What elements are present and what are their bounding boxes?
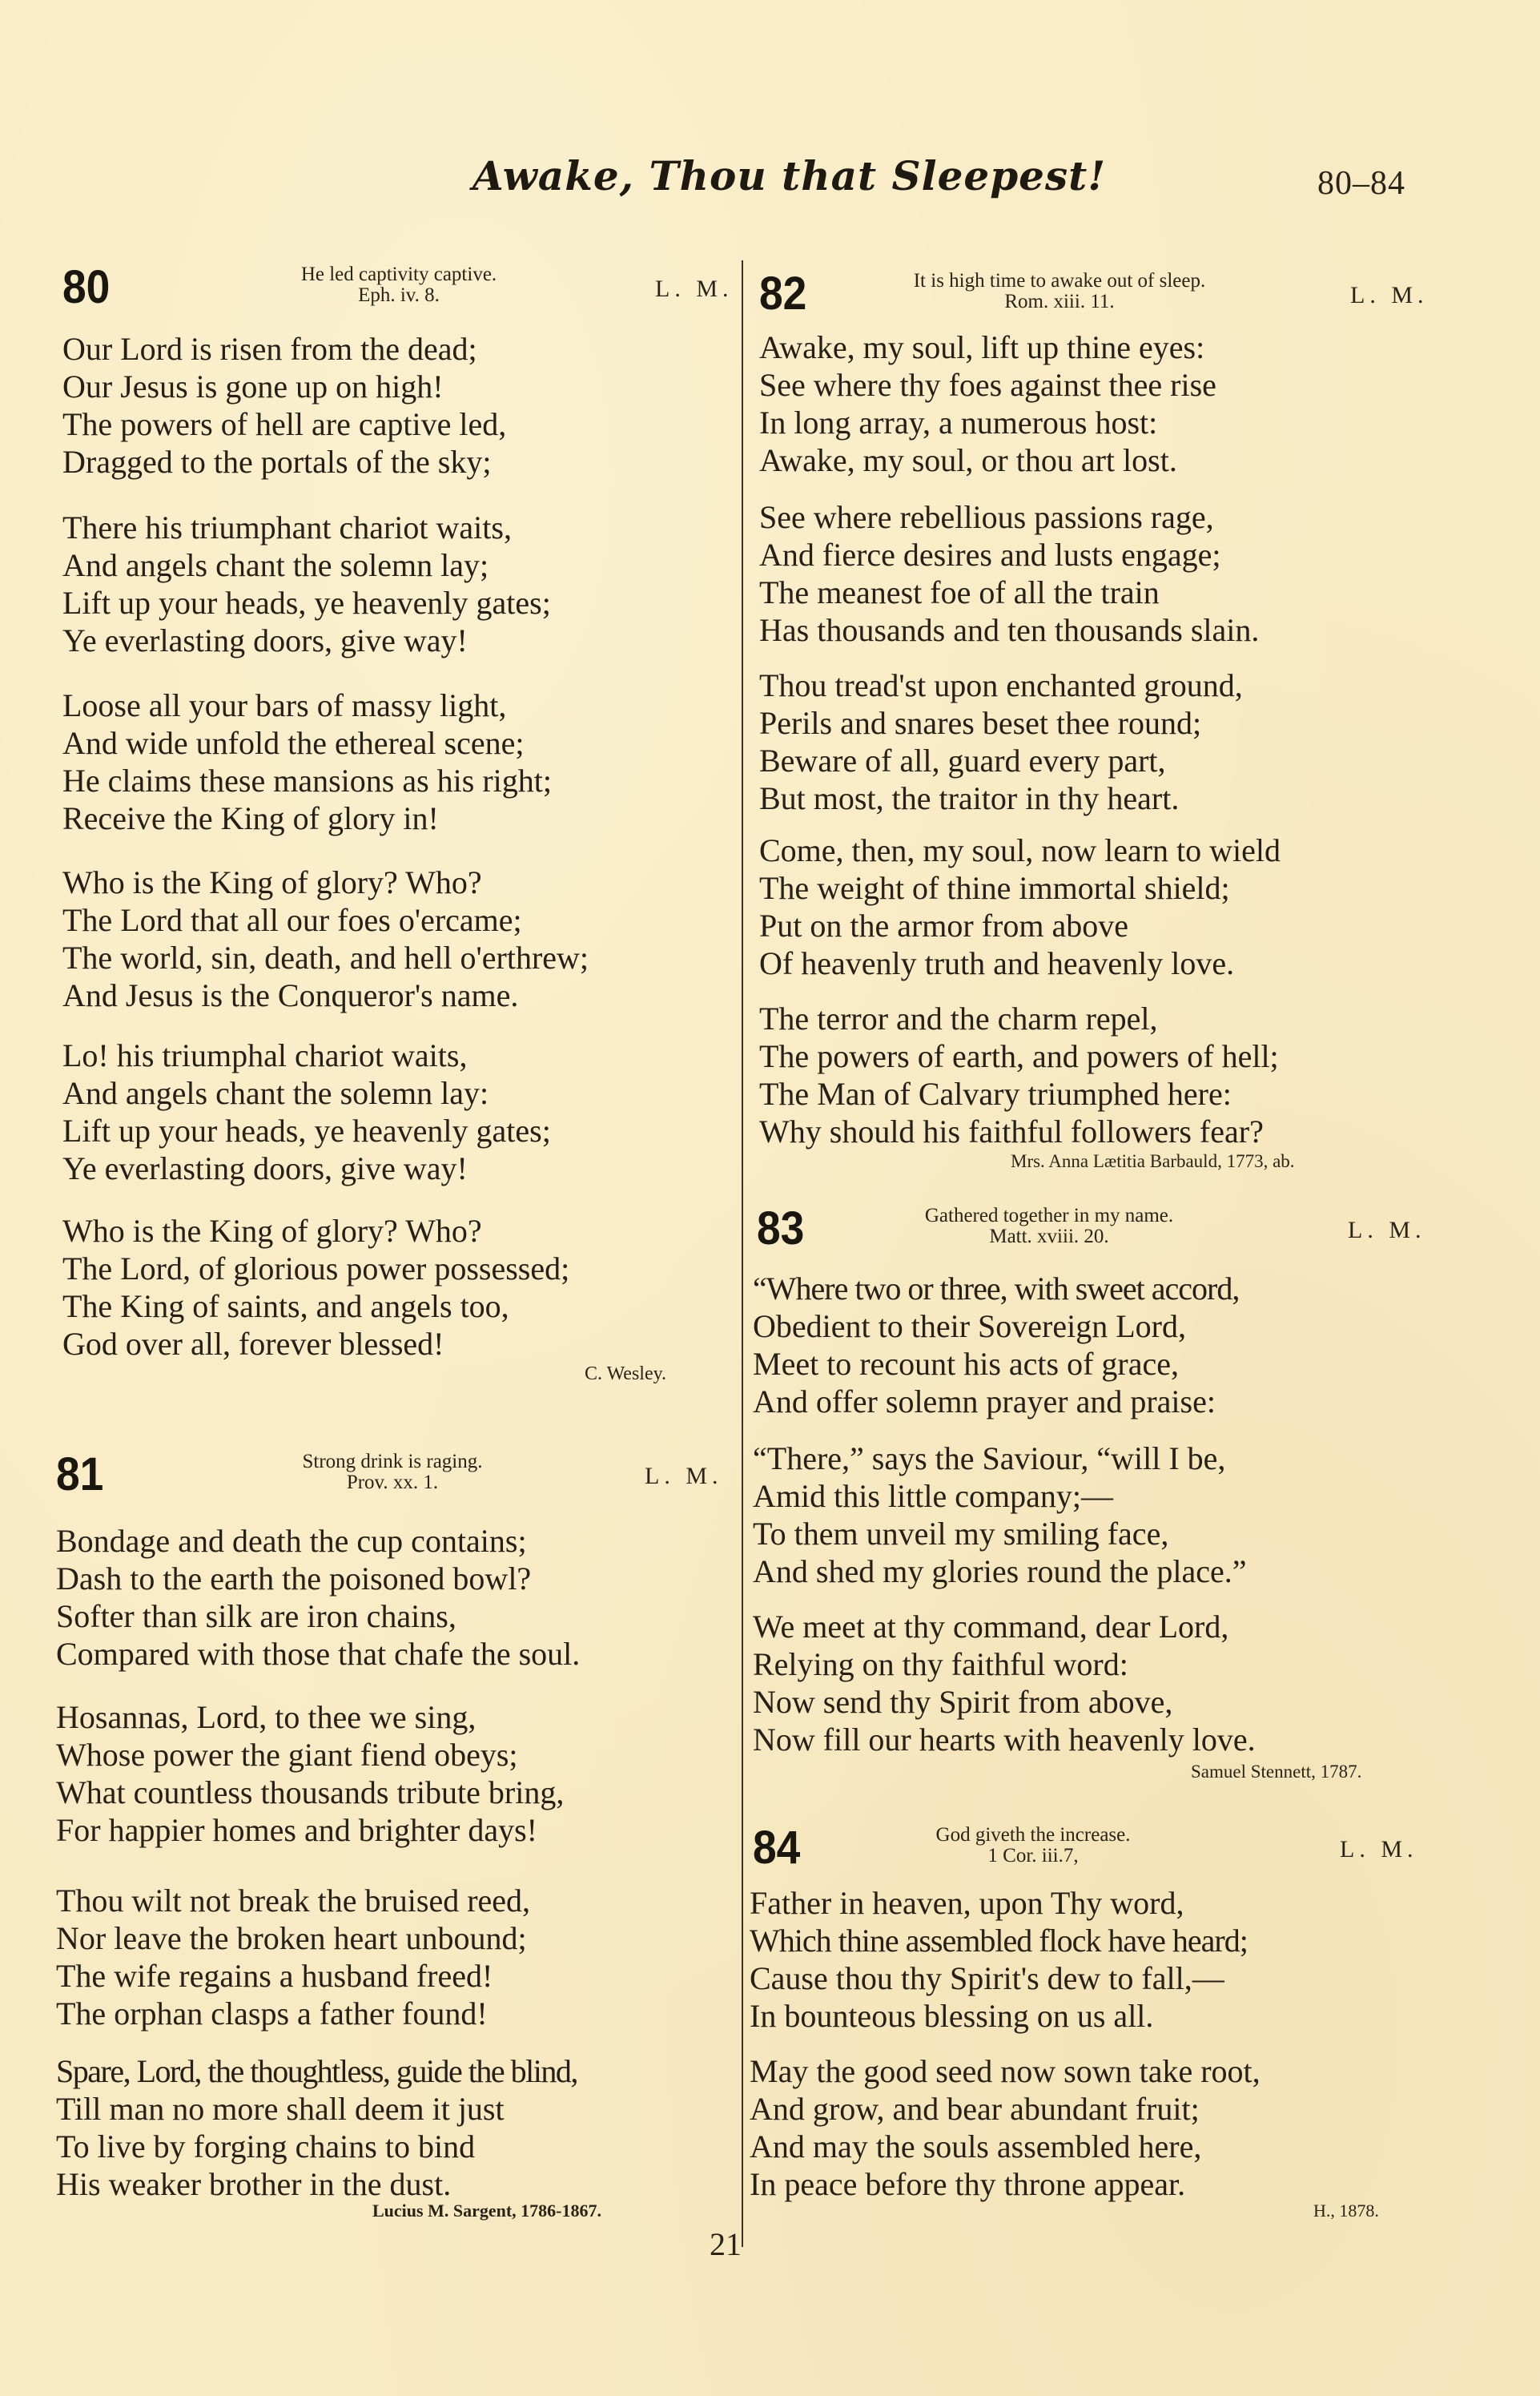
- verse-line: Meet to recount his acts of grace,: [753, 1345, 1239, 1383]
- scripture-reference: Eph. iv. 8.: [223, 285, 575, 306]
- stanza: Spare, Lord, the thoughtless, guide the …: [56, 2052, 577, 2203]
- verse-line: Come, then, my soul, now learn to wield: [759, 832, 1281, 869]
- verse-line: “Where two or three, with sweet accord,: [753, 1270, 1239, 1307]
- verse-line: Dash to the earth the poisoned bowl?: [56, 1560, 580, 1597]
- stanza: Who is the King of glory? Who? The Lord …: [62, 864, 589, 1014]
- page-number: 21: [710, 2225, 742, 2263]
- verse-line: In bounteous blessing on us all.: [750, 1997, 1248, 2035]
- column-divider: [742, 260, 743, 2247]
- hymn-author: Lucius M. Sargent, 1786-1867.: [372, 2201, 601, 2221]
- verse-line: Dragged to the portals of the sky;: [62, 443, 506, 481]
- verse-line: Now fill our hearts with heavenly love.: [753, 1721, 1256, 1758]
- verse-line: And angels chant the solemn lay;: [62, 546, 551, 584]
- verse-line: Compared with those that chafe the soul.: [56, 1635, 580, 1673]
- hymn-author: Mrs. Anna Lætitia Barbauld, 1773, ab.: [1011, 1151, 1295, 1172]
- verse-line: Ye everlasting doors, give way!: [62, 622, 551, 659]
- verse-line: Who is the King of glory? Who?: [62, 1212, 569, 1250]
- verse-line: The King of saints, and angels too,: [62, 1287, 569, 1325]
- verse-line: Thou wilt not break the bruised reed,: [56, 1882, 530, 1919]
- verse-line: Bondage and death the cup contains;: [56, 1522, 580, 1560]
- theme-text: It is high time to awake out of sleep.: [867, 271, 1252, 292]
- hymn-83-header: 83 Gathered together in my name. Matt. x…: [757, 1206, 1429, 1262]
- stanza: See where rebellious passions rage, And …: [759, 498, 1259, 649]
- verse-line: Put on the armor from above: [759, 907, 1281, 944]
- verse-line: May the good seed now sown take root,: [750, 2052, 1261, 2090]
- verse-line: What countless thousands tribute bring,: [56, 1774, 564, 1811]
- stanza: Thou tread'st upon enchanted ground, Per…: [759, 666, 1243, 817]
- hymn-theme: He led captivity captive. Eph. iv. 8.: [223, 264, 575, 306]
- verse-line: And offer solemn prayer and praise:: [753, 1383, 1239, 1420]
- hymn-theme: God giveth the increase. 1 Cor. iii.7,: [873, 1825, 1193, 1866]
- verse-line: The meanest foe of all the train: [759, 574, 1259, 611]
- hymn-number: 83: [757, 1206, 804, 1252]
- verse-line: And wide unfold the ethereal scene;: [62, 724, 552, 762]
- verse-line: The weight of thine immortal shield;: [759, 869, 1281, 907]
- stanza: Loose all your bars of massy light, And …: [62, 687, 552, 837]
- hymn-84-header: 84 God giveth the increase. 1 Cor. iii.7…: [753, 1825, 1429, 1881]
- stanza: Who is the King of glory? Who? The Lord,…: [62, 1212, 569, 1363]
- verse-line: The world, sin, death, and hell o'erthre…: [62, 939, 589, 977]
- verse-line: Loose all your bars of massy light,: [62, 687, 552, 724]
- stanza: Lo! his triumphal chariot waits, And ang…: [62, 1037, 551, 1187]
- verse-line: Amid this little company;—: [753, 1477, 1247, 1515]
- verse-line: And fierce desires and lusts engage;: [759, 536, 1259, 574]
- verse-line: In long array, a numerous host:: [759, 404, 1216, 441]
- hymn-meter: L. M.: [1348, 1217, 1426, 1244]
- verse-line: Till man no more shall deem it just: [56, 2090, 577, 2128]
- hymn-theme: It is high time to awake out of sleep. R…: [867, 271, 1252, 312]
- hymn-meter: L. M.: [1350, 282, 1429, 309]
- verse-line: The Lord that all our foes o'ercame;: [62, 901, 589, 939]
- hymn-author: Samuel Stennett, 1787.: [1191, 1762, 1361, 1782]
- verse-line: And shed my glories round the place.”: [753, 1552, 1247, 1590]
- verse-line: Why should his faithful followers fear?: [759, 1113, 1279, 1150]
- verse-line: Lo! his triumphal chariot waits,: [62, 1037, 551, 1074]
- theme-text: Gathered together in my name.: [877, 1206, 1221, 1226]
- verse-line: The powers of earth, and powers of hell;: [759, 1037, 1279, 1075]
- theme-text: God giveth the increase.: [873, 1825, 1193, 1846]
- stanza: Hosannas, Lord, to thee we sing, Whose p…: [56, 1698, 564, 1849]
- hymn-meter: L. M.: [645, 1463, 723, 1490]
- hymn-80-header: 80 He led captivity captive. Eph. iv. 8.…: [62, 264, 735, 320]
- verse-line: The terror and the charm repel,: [759, 1000, 1279, 1037]
- hymn-81-header: 81 Strong drink is raging. Prov. xx. 1. …: [56, 1452, 737, 1508]
- stanza: “There,” says the Saviour, “will I be, A…: [753, 1440, 1247, 1590]
- verse-line: Ye everlasting doors, give way!: [62, 1150, 551, 1187]
- stanza: We meet at thy command, dear Lord, Relyi…: [753, 1608, 1256, 1758]
- verse-line: The wife regains a husband freed!: [56, 1957, 530, 1995]
- hymn-82-header: 82 It is high time to awake out of sleep…: [759, 271, 1432, 327]
- verse-line: And may the souls assembled here,: [750, 2128, 1261, 2165]
- verse-line: In peace before thy throne appear.: [750, 2165, 1261, 2203]
- stanza: The terror and the charm repel, The powe…: [759, 1000, 1279, 1150]
- running-head: Awake, Thou that Sleepest!: [472, 152, 1106, 199]
- stanza: Father in heaven, upon Thy word, Which t…: [750, 1884, 1248, 2035]
- verse-line: Thou tread'st upon enchanted ground,: [759, 666, 1243, 704]
- verse-line: Awake, my soul, or thou art lost.: [759, 441, 1216, 479]
- verse-line: He claims these mansions as his right;: [62, 762, 552, 799]
- stanza: Our Lord is risen from the dead; Our Jes…: [62, 330, 506, 481]
- verse-line: Of heavenly truth and heavenly love.: [759, 944, 1281, 982]
- verse-line: Beware of all, guard every part,: [759, 742, 1243, 779]
- hymn-theme: Strong drink is raging. Prov. xx. 1.: [216, 1452, 569, 1493]
- verse-line: And angels chant the solemn lay:: [62, 1074, 551, 1112]
- hymn-meter: L. M.: [655, 276, 734, 303]
- verse-line: See where thy foes against thee rise: [759, 366, 1216, 404]
- hymn-number: 82: [759, 271, 806, 317]
- verse-line: Awake, my soul, lift up thine eyes:: [759, 328, 1216, 366]
- verse-line: To live by forging chains to bind: [56, 2128, 577, 2165]
- verse-line: His weaker brother in the dust.: [56, 2165, 577, 2203]
- verse-line: Now send thy Spirit from above,: [753, 1683, 1256, 1721]
- hymn-number: 84: [753, 1825, 800, 1871]
- verse-line: Whose power the giant fiend obeys;: [56, 1736, 564, 1774]
- scripture-reference: Matt. xviii. 20.: [877, 1226, 1221, 1247]
- stanza: Come, then, my soul, now learn to wield …: [759, 832, 1281, 982]
- verse-line: Lift up your heads, ye heavenly gates;: [62, 584, 551, 622]
- verse-line: Our Lord is risen from the dead;: [62, 330, 506, 368]
- theme-text: He led captivity captive.: [223, 264, 575, 285]
- stanza: Thou wilt not break the bruised reed, No…: [56, 1882, 530, 2032]
- verse-line: Has thousands and ten thousands slain.: [759, 611, 1259, 649]
- hymn-meter: L. M.: [1340, 1836, 1418, 1863]
- verse-line: Nor leave the broken heart unbound;: [56, 1919, 530, 1957]
- verse-line: Father in heaven, upon Thy word,: [750, 1884, 1248, 1922]
- verse-line: The powers of hell are captive led,: [62, 405, 506, 443]
- verse-line: To them unveil my smiling face,: [753, 1515, 1247, 1552]
- stanza: Awake, my soul, lift up thine eyes: See …: [759, 328, 1216, 479]
- hymn-number: 80: [62, 264, 110, 311]
- verse-line: See where rebellious passions rage,: [759, 498, 1259, 536]
- verse-line: Lift up your heads, ye heavenly gates;: [62, 1112, 551, 1150]
- hymn-number: 81: [56, 1452, 103, 1498]
- stanza: Bondage and death the cup contains; Dash…: [56, 1522, 580, 1673]
- scripture-reference: 1 Cor. iii.7,: [873, 1846, 1193, 1866]
- verse-line: Perils and snares beset thee round;: [759, 704, 1243, 742]
- verse-line: Obedient to their Sovereign Lord,: [753, 1307, 1239, 1345]
- verse-line: Spare, Lord, the thoughtless, guide the …: [56, 2052, 577, 2090]
- verse-line: But most, the traitor in thy heart.: [759, 779, 1243, 817]
- verse-line: The Man of Calvary triumphed here:: [759, 1075, 1279, 1113]
- theme-text: Strong drink is raging.: [216, 1452, 569, 1472]
- verse-line: Cause thou thy Spirit's dew to fall,—: [750, 1959, 1248, 1997]
- verse-line: God over all, forever blessed!: [62, 1325, 569, 1363]
- verse-line: For happier homes and brighter days!: [56, 1811, 564, 1849]
- scripture-reference: Prov. xx. 1.: [216, 1472, 569, 1493]
- hymn-author: C. Wesley.: [585, 1363, 666, 1385]
- verse-line: Who is the King of glory? Who?: [62, 864, 589, 901]
- verse-line: Our Jesus is gone up on high!: [62, 368, 506, 405]
- verse-line: And grow, and bear abundant fruit;: [750, 2090, 1261, 2128]
- stanza: “Where two or three, with sweet accord, …: [753, 1270, 1239, 1420]
- scripture-reference: Rom. xiii. 11.: [867, 292, 1252, 312]
- verse-line: The Lord, of glorious power possessed;: [62, 1250, 569, 1287]
- page-range: 80–84: [1317, 164, 1405, 203]
- stanza: There his triumphant chariot waits, And …: [62, 509, 551, 659]
- hymn-theme: Gathered together in my name. Matt. xvii…: [877, 1206, 1221, 1247]
- verse-line: We meet at thy command, dear Lord,: [753, 1608, 1256, 1645]
- stanza: May the good seed now sown take root, An…: [750, 2052, 1261, 2203]
- verse-line: Softer than silk are iron chains,: [56, 1597, 580, 1635]
- verse-line: “There,” says the Saviour, “will I be,: [753, 1440, 1247, 1477]
- verse-line: And Jesus is the Conqueror's name.: [62, 977, 589, 1014]
- verse-line: The orphan clasps a father found!: [56, 1995, 530, 2032]
- hymn-author: H., 1878.: [1313, 2201, 1379, 2221]
- verse-line: Which thine assembled flock have heard;: [750, 1922, 1248, 1959]
- verse-line: Hosannas, Lord, to thee we sing,: [56, 1698, 564, 1736]
- verse-line: Receive the King of glory in!: [62, 799, 552, 837]
- verse-line: There his triumphant chariot waits,: [62, 509, 551, 546]
- verse-line: Relying on thy faithful word:: [753, 1645, 1256, 1683]
